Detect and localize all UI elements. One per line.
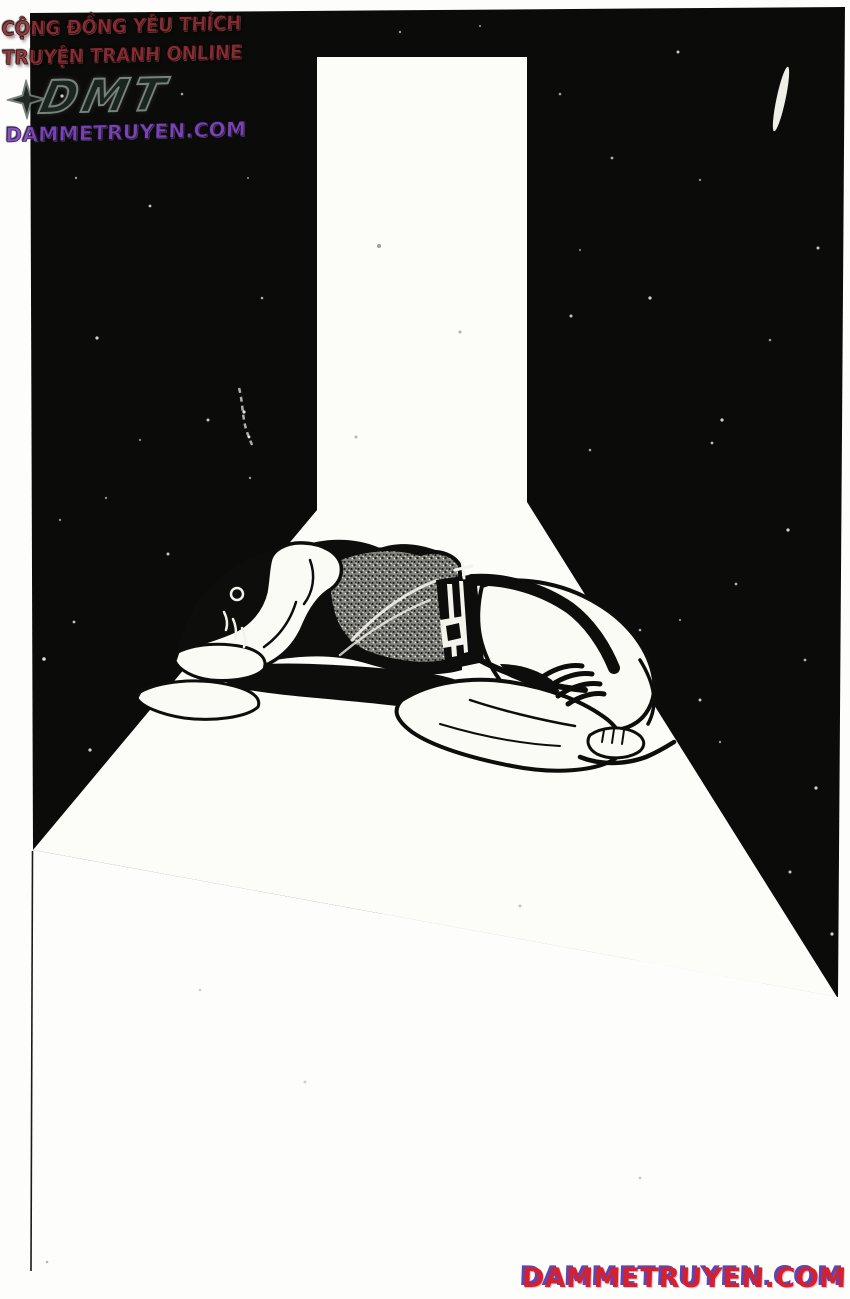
figure-ear-highlight xyxy=(231,588,243,600)
figure-foot xyxy=(588,728,644,758)
footer-site-url: DAMMETRUYEN.COM xyxy=(522,1263,848,1294)
figure-hand xyxy=(175,644,265,680)
artwork-panel xyxy=(0,0,850,1299)
manga-page: CỘNG ĐỒNG YÊU THÍCH TRUYỆN TRANH ONLINE … xyxy=(0,0,850,1299)
